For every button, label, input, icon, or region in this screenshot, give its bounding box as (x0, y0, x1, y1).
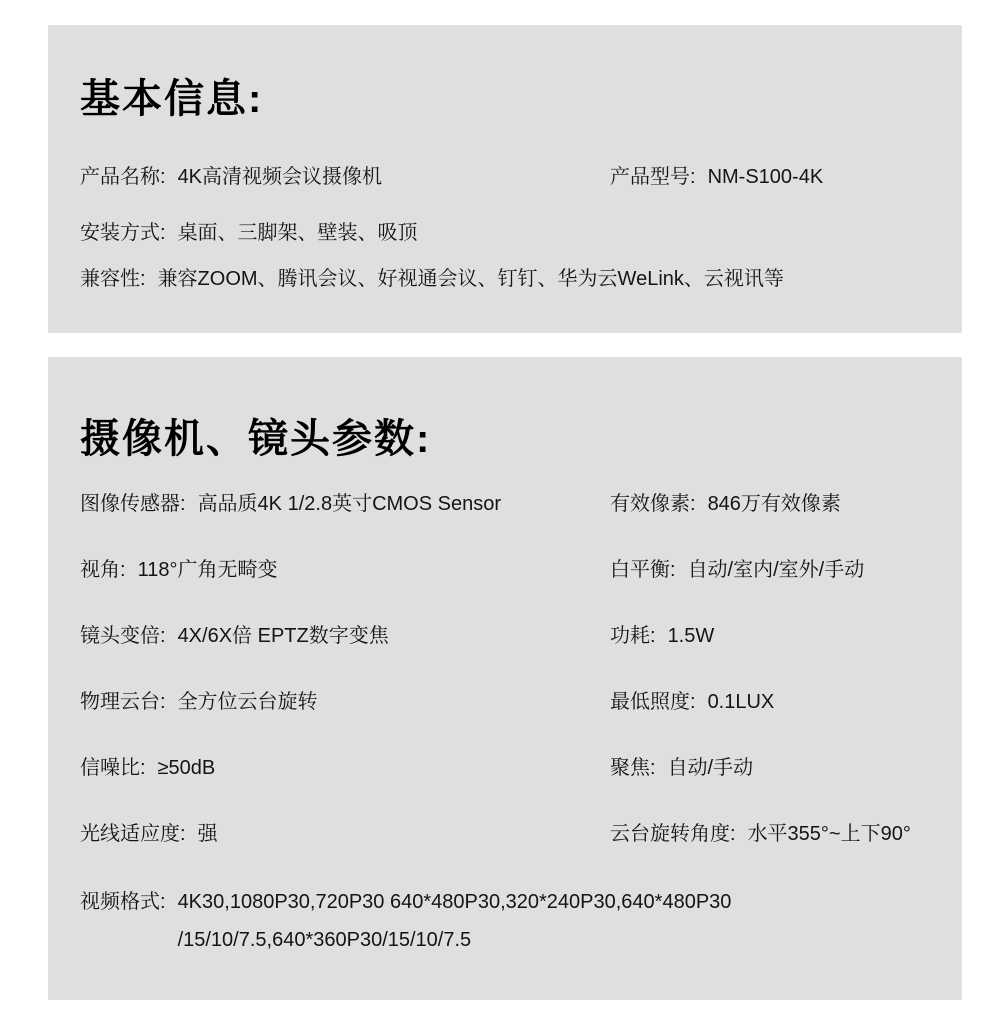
spec-row-focus: 聚焦:自动/手动 (610, 756, 753, 780)
physical-ptz-value: 全方位云台旋转 (178, 691, 318, 713)
basic-info-card: 基本信息: 产品名称:4K高清视频会议摄像机 产品型号:NM-S100-4K 安… (48, 25, 962, 333)
spec-row-image-sensor: 图像传感器:高品质4K 1/2.8英寸CMOS Sensor (80, 492, 501, 516)
camera-params-heading: 摄像机、镜头参数: (80, 407, 431, 464)
ptz-rotation-label: 云台旋转角度: (610, 823, 736, 845)
video-format-label: 视频格式: (80, 891, 166, 913)
ptz-rotation-value: 水平355°~上下90° (748, 823, 911, 845)
product-model-value: NM-S100-4K (708, 166, 824, 188)
lens-zoom-value: 4X/6X倍 EPTZ数字变焦 (178, 625, 389, 647)
effective-pixels-value: 846万有效像素 (708, 493, 841, 515)
physical-ptz-label: 物理云台: (80, 691, 166, 713)
spec-row-video-format: 视频格式:4K30,1080P30,720P30 640*480P30,320*… (80, 883, 731, 959)
min-illumination-label: 最低照度: (610, 691, 696, 713)
power-value: 1.5W (668, 625, 715, 647)
focus-label: 聚焦: (610, 757, 656, 779)
compatibility-value: 兼容ZOOM、腾讯会议、好视通会议、钉钉、华为云WeLink、云视讯等 (158, 268, 784, 290)
video-format-line2: /15/10/7.5,640*360P30/15/10/7.5 (178, 921, 732, 959)
image-sensor-value: 高品质4K 1/2.8英寸CMOS Sensor (198, 493, 501, 515)
spec-row-install-mode: 安装方式:桌面、三脚架、壁装、吸顶 (80, 221, 418, 245)
spec-row-snr: 信噪比:≥50dB (80, 756, 215, 780)
min-illumination-value: 0.1LUX (708, 691, 775, 713)
focus-value: 自动/手动 (668, 757, 754, 779)
spec-row-effective-pixels: 有效像素:846万有效像素 (610, 492, 841, 516)
install-mode-value: 桌面、三脚架、壁装、吸顶 (178, 222, 418, 244)
snr-label: 信噪比: (80, 757, 146, 779)
spec-row-white-balance: 白平衡:自动/室内/室外/手动 (610, 558, 864, 582)
lens-zoom-label: 镜头变倍: (80, 625, 166, 647)
compatibility-label: 兼容性: (80, 268, 146, 290)
view-angle-value: 118°广角无畸变 (138, 559, 278, 581)
light-adapt-label: 光线适应度: (80, 823, 186, 845)
white-balance-label: 白平衡: (610, 559, 676, 581)
spec-row-lens-zoom: 镜头变倍:4X/6X倍 EPTZ数字变焦 (80, 624, 389, 648)
spec-row-ptz-rotation: 云台旋转角度:水平355°~上下90° (610, 822, 911, 846)
light-adapt-value: 强 (198, 823, 218, 845)
spec-row-product-name: 产品名称:4K高清视频会议摄像机 (80, 165, 382, 189)
spec-row-power: 功耗:1.5W (610, 624, 714, 648)
camera-params-card: 摄像机、镜头参数: 图像传感器:高品质4K 1/2.8英寸CMOS Sensor… (48, 357, 962, 1000)
spec-row-physical-ptz: 物理云台:全方位云台旋转 (80, 690, 318, 714)
effective-pixels-label: 有效像素: (610, 493, 696, 515)
spec-row-light-adapt: 光线适应度:强 (80, 822, 218, 846)
image-sensor-label: 图像传感器: (80, 493, 186, 515)
product-name-label: 产品名称: (80, 166, 166, 188)
install-mode-label: 安装方式: (80, 222, 166, 244)
white-balance-value: 自动/室内/室外/手动 (688, 559, 865, 581)
product-spec-sheet: 基本信息: 产品名称:4K高清视频会议摄像机 产品型号:NM-S100-4K 安… (0, 0, 1000, 1015)
basic-info-heading: 基本信息: (80, 67, 263, 124)
video-format-value: 4K30,1080P30,720P30 640*480P30,320*240P3… (178, 883, 732, 959)
spec-row-min-illumination: 最低照度:0.1LUX (610, 690, 774, 714)
spec-row-product-model: 产品型号:NM-S100-4K (610, 165, 823, 189)
view-angle-label: 视角: (80, 559, 126, 581)
spec-row-compatibility: 兼容性:兼容ZOOM、腾讯会议、好视通会议、钉钉、华为云WeLink、云视讯等 (80, 267, 784, 291)
product-model-label: 产品型号: (610, 166, 696, 188)
power-label: 功耗: (610, 625, 656, 647)
video-format-line1: 4K30,1080P30,720P30 640*480P30,320*240P3… (178, 883, 732, 921)
spec-row-view-angle: 视角:118°广角无畸变 (80, 558, 277, 582)
product-name-value: 4K高清视频会议摄像机 (178, 166, 382, 188)
snr-value: ≥50dB (158, 757, 216, 779)
